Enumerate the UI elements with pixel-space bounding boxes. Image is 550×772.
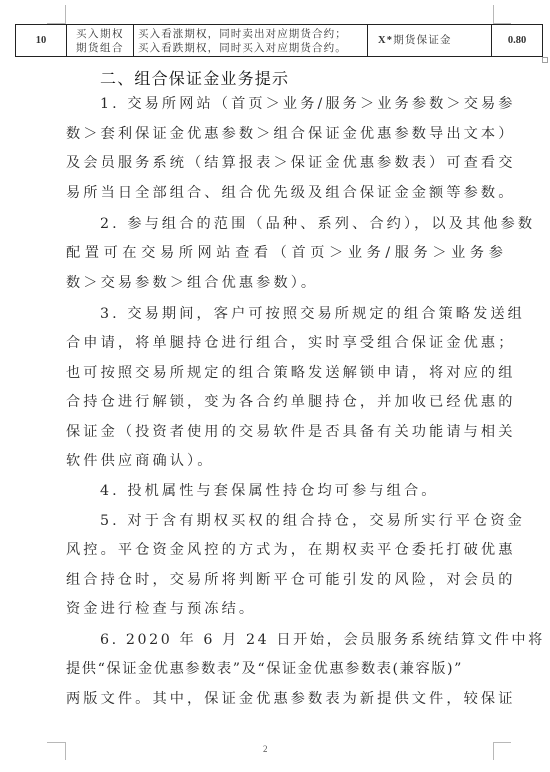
page-number: 2: [263, 744, 268, 754]
strategy-name: 买入期权 期货组合: [67, 25, 134, 57]
crop-mark-bottom-right-v: [493, 742, 494, 760]
strategy-description: 买入看涨期权，同时卖出对应期货合约； 买入看跌期权，同时买入对应期货合约。: [134, 25, 368, 57]
paragraph-line: 资金进行检查与预冻结。: [66, 600, 256, 618]
strategy-description-line2: 买入看跌期权，同时买入对应期货合约。: [138, 41, 367, 55]
margin-ratio: 0.80: [492, 25, 543, 57]
paragraph-line: 数＞交易参数＞组合优惠参数）。: [66, 274, 318, 292]
paragraph-line: 5. 对于含有期权买权的组合持仓，交易所实行平仓资金: [100, 512, 525, 530]
paragraph-line: 两版文件。其中，保证金优惠参数表为新提供文件，较保证: [66, 690, 515, 708]
crop-mark-bottom-left-v: [65, 742, 66, 760]
strategy-name-line1: 买入期权: [67, 27, 133, 41]
table-resize-handle[interactable]: [542, 57, 548, 63]
paragraph-line: 配置可在交易所网站查看（首页＞业务/服务＞业务参: [66, 244, 508, 262]
paragraph-line: 数＞套利保证金优惠参数＞组合保证金优惠参数导出文本）: [66, 125, 515, 143]
paragraph-line: 6. 2020 年 6 月 24 日开始，会员服务系统结算文件中将: [100, 631, 545, 649]
combination-table: 10 买入期权 期货组合 买入看涨期权，同时卖出对应期货合约； 买入看跌期权，同…: [15, 24, 543, 57]
formula-prefix: X*: [378, 35, 393, 46]
paragraph-line: 合申请，将单腿持仓进行组合，实时享受组合保证金优惠；: [66, 334, 515, 352]
strategy-name-line2: 期货组合: [67, 41, 133, 55]
paragraph-line: 1. 交易所网站（首页＞业务/服务＞业务参数＞交易参: [100, 95, 516, 113]
table-row: 10 买入期权 期货组合 买入看涨期权，同时卖出对应期货合约； 买入看跌期权，同…: [16, 25, 543, 57]
crop-mark-bottom-left: [47, 742, 65, 743]
paragraph-line: 4. 投机属性与套保属性持仓均可参与组合。: [100, 482, 439, 500]
crop-mark-top-right: [493, 5, 494, 24]
row-number: 10: [16, 25, 67, 57]
paragraph-line: 及会员服务系统（结算报表＞保证金优惠参数表）可查看交: [66, 154, 515, 172]
paragraph-line: 合持仓进行解锁，变为各合约单腿持仓，并加收已经优惠的: [66, 393, 515, 411]
paragraph-line: 也可按照交易所规定的组合策略发送解锁申请，将对应的组: [66, 364, 515, 382]
section-heading: 二、组合保证金业务提示: [100, 66, 289, 89]
margin-formula: X*期货保证金: [368, 25, 492, 57]
paragraph-line: 2. 参与组合的范围（品种、系列、合约），以及其他参数: [100, 215, 535, 233]
paragraph-line: 提供“保证金优惠参数表”及“保证金优惠参数表(兼容版)”: [66, 660, 463, 678]
paragraph-line: 保证金（投资者使用的交易软件是否具备有关功能请与相关: [66, 423, 515, 441]
strategy-description-line1: 买入看涨期权，同时卖出对应期货合约；: [138, 27, 367, 41]
formula-text: 期货保证金: [393, 34, 452, 46]
paragraph-line: 风控。平仓资金风控的方式为，在期权卖平仓委托打破优惠: [66, 541, 515, 559]
paragraph-line: 组合持仓时，交易所将判断平仓可能引发的风险，对会员的: [66, 571, 515, 589]
crop-mark-bottom-right: [493, 742, 511, 743]
crop-mark-top-left: [65, 5, 66, 24]
paragraph-line: 3. 交易期间，客户可按照交易所规定的组合策略发送组: [100, 305, 525, 323]
paragraph-line: 易所当日全部组合、组合优先级及组合保证金金额等参数。: [66, 184, 515, 202]
paragraph-line: 软件供应商确认）。: [66, 452, 215, 470]
